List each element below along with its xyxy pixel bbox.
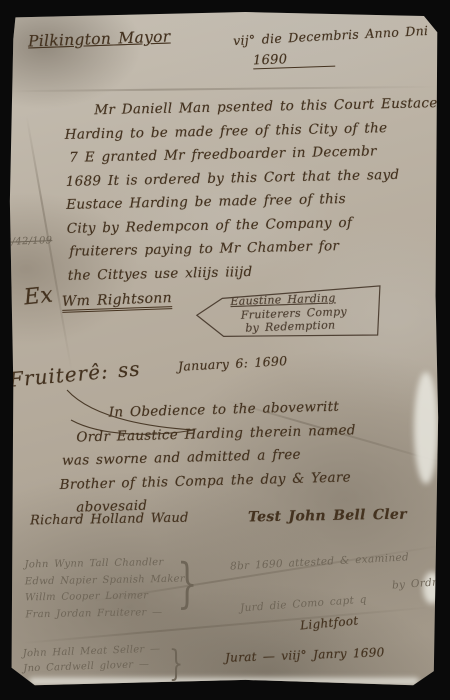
clerk-signature: Wm Rightsonn — [62, 290, 173, 313]
admission-paragraph: In Obedience to the abovewritt Ordr Eaus… — [54, 393, 447, 521]
jurat-line: Jurat — viij° Janry 1690 — [225, 645, 385, 665]
by-order-note: by Ordr — [392, 576, 438, 591]
mayor-heading: Pilkington Mayor — [28, 28, 171, 51]
approval-monogram: Ex — [23, 283, 55, 311]
order-paragraph: Mr Daniell Man psented to this Court Eus… — [58, 92, 442, 288]
latin-date: vij° die Decembris Anno Dni — [233, 23, 429, 48]
margin-reference: 8/42/109 — [5, 235, 53, 248]
brace-icon: } — [169, 642, 183, 684]
officer-item: Edwd Napier Spanish Maker — [25, 571, 185, 590]
sworn-note: Jurd die Como capt q — [240, 594, 367, 615]
section-date: January 6: 1690 — [178, 353, 288, 374]
officers-list-group1: John Wynn Tall Chandler Edwd Napier Span… — [24, 555, 185, 624]
warden-signature: Richard Holland Waud — [30, 511, 189, 529]
lightfoot-signature: Lightfoot — [300, 613, 359, 632]
fold-crease — [9, 86, 437, 92]
attested-note: 8br 1690 attested & examined — [230, 551, 409, 572]
officer-item: Fran Jordan Fruiterer — — [25, 604, 185, 623]
officers-list-group2: John Hall Meat Seller — Jno Cardwell glo… — [23, 642, 162, 677]
admission-stamp: Eaustine Harding Fruiterers Compy by Red… — [192, 283, 389, 354]
photo-frame: Pilkington Mayor vij° die Decembris Anno… — [0, 0, 450, 700]
tear-patch-bottom-edge — [29, 678, 419, 685]
clerk-attest-signature: Test John Bell Cler — [248, 507, 407, 526]
brace-icon: } — [177, 552, 197, 614]
year-heading: 1690 — [253, 51, 336, 70]
manuscript-page: Pilkington Mayor vij° die Decembris Anno… — [9, 12, 439, 688]
